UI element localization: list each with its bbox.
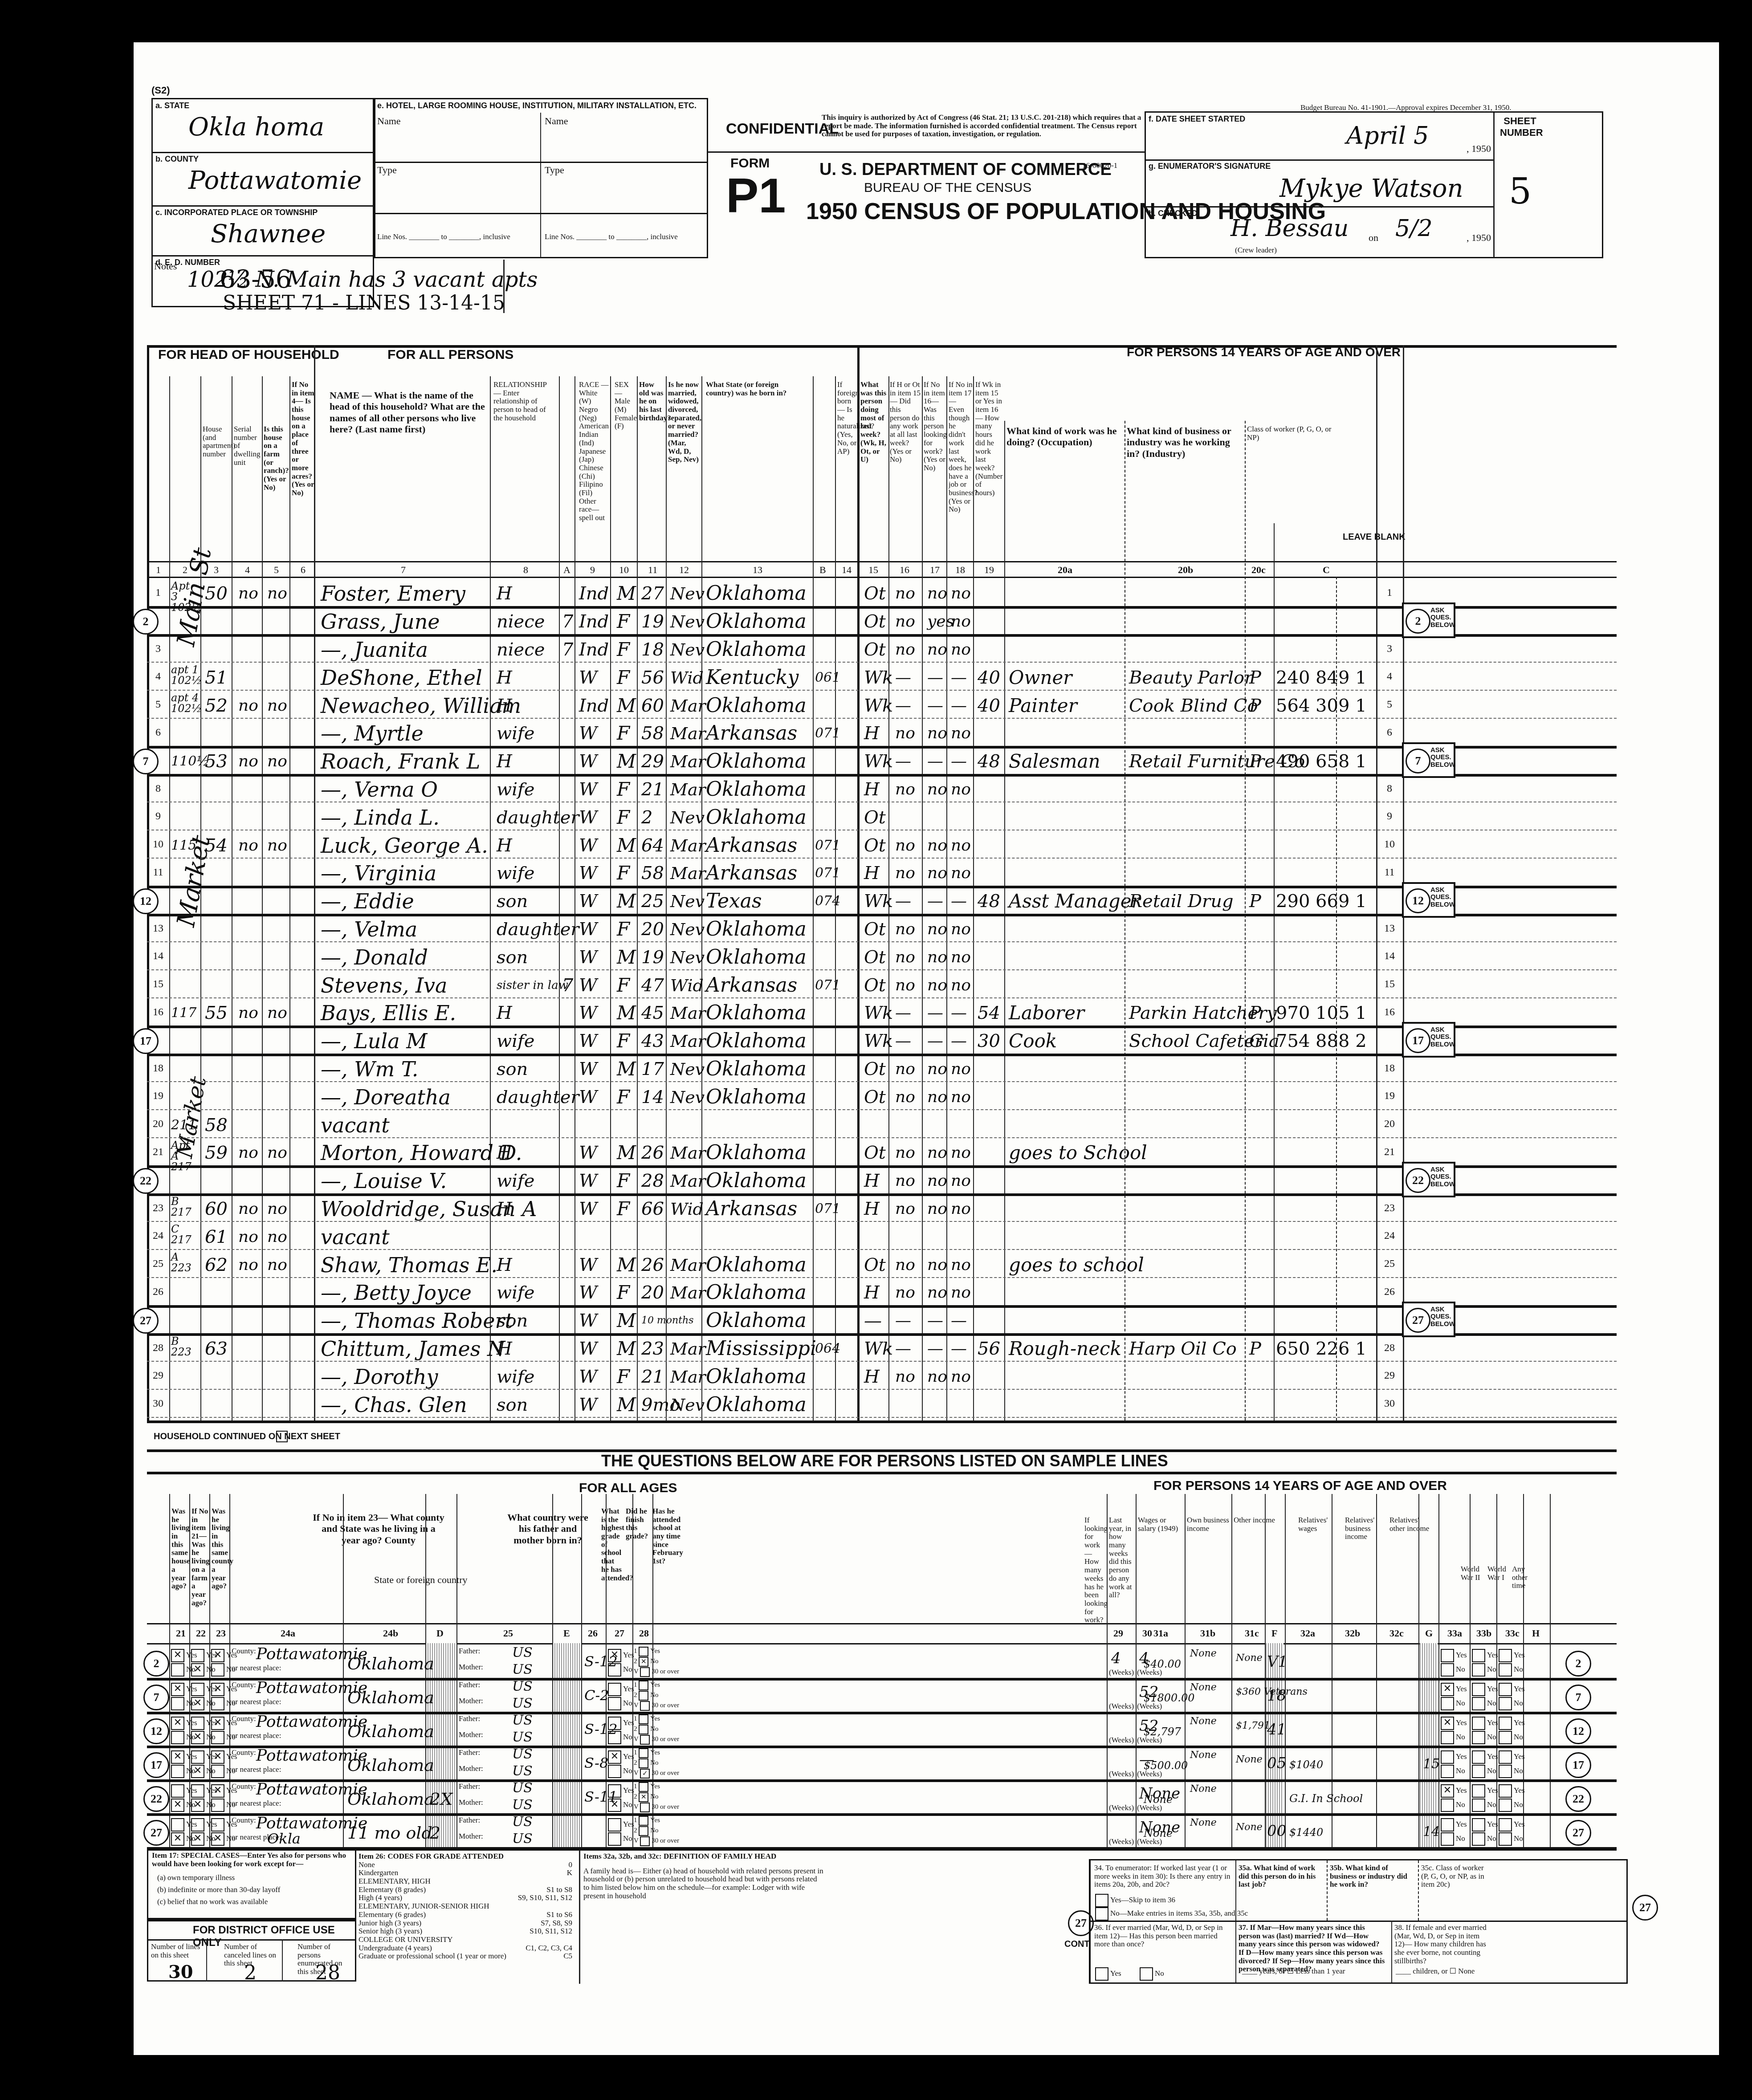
birthplace: Arkansas xyxy=(706,863,797,883)
birthplace: Oklahoma xyxy=(706,948,807,967)
grade-code-row: Senior high (3 years)S10, S11, S12 xyxy=(359,1927,572,1936)
birthplace: Oklahoma xyxy=(706,1003,807,1023)
leave-blank-f: 41 xyxy=(1267,1722,1286,1737)
line-number: 24 xyxy=(147,1230,169,1242)
enumerator-label: g. ENUMERATOR'S SIGNATURE xyxy=(1149,162,1271,171)
acres-answer: no xyxy=(267,1201,287,1217)
ww2-service-checkbox[interactable]: ✕YesNo xyxy=(1441,1716,1467,1744)
other-service-checkbox[interactable]: YesNo xyxy=(1499,1682,1525,1710)
occupation: Laborer xyxy=(1009,1004,1084,1022)
race: W xyxy=(579,1256,597,1274)
lines-on-sheet-value: 30 xyxy=(168,1962,193,1982)
income-other: None xyxy=(1236,1653,1263,1663)
attended-school-checkbox[interactable]: 1 Yes2 NoV 30 or over xyxy=(634,1680,679,1711)
father-label: Father: xyxy=(459,1816,480,1825)
colnum-8: 8 xyxy=(523,564,528,575)
q37-answer[interactable]: ____ years, or ☐ Less than 1 year xyxy=(1242,1967,1345,1976)
house-number: B 217 xyxy=(171,1196,200,1217)
line-number-right: 19 xyxy=(1378,1090,1401,1102)
line-number: 15 xyxy=(147,978,169,990)
has-job: no xyxy=(951,1173,971,1189)
sample-row: 1212✕YesNoYes✕No✕YesNoCounty:or nearest … xyxy=(134,1713,1603,1747)
race: W xyxy=(579,948,597,966)
nearest-place-label: or nearest place: xyxy=(232,1664,281,1673)
looking-for-work: no xyxy=(927,725,947,741)
age: 56 xyxy=(641,669,664,687)
census-row: 101011554nonoLuck, George A.HWM64MarArka… xyxy=(134,830,1603,859)
col-13-header: What State (or foreign country) was he b… xyxy=(706,381,804,397)
col-14-header: If foreign born— Is he naturalized? (Yes… xyxy=(837,381,857,456)
race: W xyxy=(579,1200,597,1218)
ww1-service-checkbox[interactable]: YesNo xyxy=(1472,1783,1498,1812)
colnum-20c: 20c xyxy=(1251,564,1266,575)
activity-last-week: Wk xyxy=(864,1004,893,1022)
person-name: Stevens, Iva xyxy=(321,975,448,996)
sex: F xyxy=(617,612,630,631)
col-8-header: RELATIONSHIP — Enter relationship of per… xyxy=(493,381,556,422)
finished-grade-checkbox[interactable]: YesNo xyxy=(608,1817,634,1846)
activity-last-week: Ot xyxy=(864,809,886,826)
section-head-of-household: FOR HEAD OF HOUSEHOLD xyxy=(158,347,339,362)
ww2-service-checkbox[interactable]: YesNo xyxy=(1441,1817,1467,1846)
census-row: 1515Stevens, Ivasister in law7WF47WidArk… xyxy=(134,970,1603,998)
has-job: no xyxy=(951,1089,971,1105)
relationship: sister in law xyxy=(497,980,568,991)
marital-status: Nev xyxy=(670,921,705,938)
other-service-checkbox[interactable]: YesNo xyxy=(1499,1648,1525,1677)
sample-col-24b-header: State or foreign country xyxy=(374,1574,468,1585)
activity-last-week: H xyxy=(864,1172,880,1190)
checked-by: H. Bessau xyxy=(1230,215,1349,242)
has-job: no xyxy=(951,1257,971,1273)
did-any-work: no xyxy=(895,865,915,881)
looking-for-work: no xyxy=(927,949,947,965)
father-birthplace: US xyxy=(512,1748,533,1761)
sex: F xyxy=(617,1032,630,1050)
activity-last-week: Ot xyxy=(864,977,886,994)
birthplace: Oklahoma xyxy=(706,1395,807,1415)
industry: Beauty Parlor xyxy=(1129,669,1253,687)
occupation-code: 290 669 1 xyxy=(1276,892,1367,910)
colnum-20b: 20b xyxy=(1178,564,1193,575)
q34-yes-option[interactable]: Yes—Skip to item 36 xyxy=(1095,1894,1175,1907)
ww1-service-checkbox[interactable]: YesNo xyxy=(1472,1648,1498,1677)
birthplace: Oklahoma xyxy=(706,920,807,939)
acres-answer: no xyxy=(267,698,287,714)
special-case-b: (b) indefinite or more than 30-day layof… xyxy=(157,1886,280,1894)
crew-leader-label: (Crew leader) xyxy=(1235,246,1277,255)
birthplace: Oklahoma xyxy=(706,612,807,631)
col-10-header: SEX — Male (M) Female (F) xyxy=(615,381,637,431)
race: W xyxy=(579,1060,597,1078)
q35c-text: 35c. Class of worker (P, G, O, or NP, as… xyxy=(1421,1864,1488,1889)
lines-on-sheet-label: Number of lines on this sheet xyxy=(151,1943,204,1959)
census-row: 161611755nonoBays, Ellis E.HWM45MarOklah… xyxy=(134,998,1603,1026)
weeks-label: (Weeks) xyxy=(1109,1669,1134,1677)
ww1-service-checkbox[interactable]: YesNo xyxy=(1472,1817,1498,1846)
marital-status: Mar xyxy=(670,1340,706,1357)
marital-status: Mar xyxy=(670,1144,706,1161)
marital-status: Mar xyxy=(670,781,706,798)
age: 43 xyxy=(641,1032,664,1050)
age: 10 months xyxy=(641,1316,694,1326)
house-number: 110½ xyxy=(171,755,209,768)
section-all-persons: FOR ALL PERSONS xyxy=(387,347,513,362)
county-label: County: xyxy=(232,1749,256,1757)
sample-col-32a-header: Relatives' wages xyxy=(1298,1516,1343,1533)
line-number-right: 18 xyxy=(1378,1062,1401,1074)
age: 20 xyxy=(641,920,664,938)
has-job: no xyxy=(951,865,971,881)
census-row: 2525A 22362nonoShaw, Thomas E.HWM26MarOk… xyxy=(134,1250,1603,1278)
sample-line-number-right: 27 xyxy=(1565,1820,1591,1846)
special-case-c: (c) belief that no work was available xyxy=(157,1898,268,1906)
ww2-service-checkbox[interactable]: YesNo xyxy=(1441,1648,1467,1677)
farm-answer: no xyxy=(238,1229,258,1245)
prior-state: Oklahoma xyxy=(347,1723,434,1740)
activity-last-week: Wk xyxy=(864,892,893,910)
line-number-right: 29 xyxy=(1378,1370,1401,1382)
activity-last-week: — xyxy=(864,1312,882,1330)
hours-worked: 40 xyxy=(978,697,1000,715)
col-15-header: What was this person doing most of last … xyxy=(860,381,887,464)
ww1-service-checkbox[interactable]: YesNo xyxy=(1472,1750,1498,1778)
ww2-service-checkbox[interactable]: ✕YesNo xyxy=(1441,1783,1467,1812)
q36-yes-option[interactable]: Yes xyxy=(1095,1967,1121,1981)
has-job: — xyxy=(951,698,967,714)
finished-grade-checkbox[interactable]: YesNo xyxy=(608,1716,634,1744)
grade-code-row: Graduate or professional school (1 year … xyxy=(359,1952,572,1961)
colnum-14: 14 xyxy=(842,564,852,575)
marital-status: Mar xyxy=(670,1005,706,1022)
sample-column-number: F xyxy=(1271,1628,1277,1639)
sample-column-number: 32a xyxy=(1300,1628,1315,1639)
house-number: 117 xyxy=(171,1006,196,1020)
section-persons-14: FOR PERSONS 14 YEARS OF AGE AND OVER xyxy=(1127,345,1401,359)
sex: M xyxy=(617,836,636,855)
marital-status: Nev xyxy=(670,1396,705,1413)
farm-answer: no xyxy=(238,1201,258,1217)
prior-state: Oklahoma xyxy=(347,1791,434,1807)
mother-birthplace: US xyxy=(512,1697,533,1710)
mother-label: Mother: xyxy=(459,1663,483,1672)
has-job: no xyxy=(951,1145,971,1161)
industry: Cook Blind Co xyxy=(1129,697,1258,715)
grade-codes-box: Item 26: CODES FOR GRADE ATTENDED None0K… xyxy=(359,1852,572,1961)
checked-on-date: 5/2 xyxy=(1395,215,1433,242)
race: W xyxy=(579,1088,597,1106)
census-row: 33—, Juanitaniece7IndF18NevOklahomaOtnon… xyxy=(134,635,1603,663)
relatives-wages: $1040 xyxy=(1289,1759,1323,1770)
finished-grade-checkbox[interactable]: Yes✕No xyxy=(608,1783,634,1812)
line-number-right: 3 xyxy=(1378,643,1401,655)
person-name: Luck, George A. xyxy=(321,835,488,856)
farm-answer: no xyxy=(238,1257,258,1273)
leave-blank-f: V1 xyxy=(1267,1654,1288,1669)
hours-worked: 48 xyxy=(978,892,1000,910)
race: W xyxy=(579,1172,597,1190)
race: W xyxy=(579,920,597,938)
county-label: County: xyxy=(232,1647,256,1656)
sex: F xyxy=(617,976,630,995)
line-number-right: 20 xyxy=(1378,1118,1401,1130)
person-name: —, Chas. Glen xyxy=(321,1395,467,1415)
birthplace: Texas xyxy=(706,891,762,911)
birthplace-code: 071 xyxy=(815,727,840,740)
notes-line-1: 102½ N. Main has 3 vacant apts xyxy=(187,267,538,292)
looking-for-work: no xyxy=(927,977,947,993)
activity-last-week: Ot xyxy=(864,948,886,966)
sex: F xyxy=(617,808,630,827)
mother-birthplace: US xyxy=(512,1663,533,1677)
did-any-work: no xyxy=(895,1089,915,1105)
age: 19 xyxy=(641,948,664,966)
acres-answer: no xyxy=(267,838,287,854)
colnum-a: A xyxy=(563,564,570,575)
class-of-worker: P xyxy=(1249,892,1261,910)
sex: F xyxy=(617,724,630,743)
relationship: wife xyxy=(497,1284,535,1302)
person-name: Newacheo, William xyxy=(321,696,521,716)
line-number-right: 14 xyxy=(1378,950,1401,962)
census-row: 2828B 22363Chittum, James NHWM23MarMissi… xyxy=(134,1334,1603,1362)
other-service-checkbox[interactable]: YesNo xyxy=(1499,1817,1525,1846)
census-row: 1717ASK QUES. BELOW—, Lula MwifeWF43MarO… xyxy=(134,1026,1603,1054)
census-row: 44apt 1 102½51DeShone, EthelHWF56WidKent… xyxy=(134,663,1603,691)
hours-worked: 48 xyxy=(978,753,1000,770)
house-number: 115 xyxy=(171,839,196,852)
other-service-checkbox[interactable]: YesNo xyxy=(1499,1783,1525,1812)
q38-answer[interactable]: ____ children, or ☐ None xyxy=(1396,1967,1475,1976)
race: Ind xyxy=(579,697,609,715)
sample-persons-14: FOR PERSONS 14 YEARS OF AGE AND OVER xyxy=(1153,1478,1447,1494)
serial-number: 58 xyxy=(205,1116,228,1134)
grade-code-row: KindergartenK xyxy=(359,1869,572,1877)
age: 26 xyxy=(641,1144,664,1162)
age: 14 xyxy=(641,1088,664,1106)
attended-school-checkbox[interactable]: 1 Yes2 NoV ✓30 or over xyxy=(634,1748,679,1778)
checked-on-label: on xyxy=(1369,232,1378,243)
q34-no-option[interactable]: No—Make entries in items 35a, 35b, and 3… xyxy=(1095,1907,1248,1921)
looking-for-work: — xyxy=(927,698,943,714)
line-number: 30 xyxy=(147,1398,169,1410)
has-job: no xyxy=(951,614,971,630)
age: 17 xyxy=(641,1060,664,1078)
birthplace: Oklahoma xyxy=(706,752,807,771)
census-row: 99—, Linda L.daughterWF2NevOklahomaOt xyxy=(134,802,1603,830)
line-number: 6 xyxy=(147,727,169,739)
sex: F xyxy=(617,640,630,659)
line-number-right: 21 xyxy=(1378,1146,1401,1158)
census-row: 1414—, DonaldsonWM19NevOklahomaOtnonono xyxy=(134,942,1603,970)
prior-place: Okla xyxy=(267,1831,301,1846)
line-number: 8 xyxy=(147,783,169,795)
occupation: Owner xyxy=(1009,668,1072,687)
line-number-right: 16 xyxy=(1378,1006,1401,1018)
canceled-lines-value: 2 xyxy=(244,1962,257,1984)
relationship: son xyxy=(497,948,528,966)
ww2-service-checkbox[interactable]: ✕YesNo xyxy=(1441,1682,1467,1710)
county-label: County: xyxy=(232,1783,256,1791)
col-11-header: How old was he on his last birthday? xyxy=(639,381,666,422)
sex: F xyxy=(617,1283,630,1302)
line-number: 29 xyxy=(147,1370,169,1382)
relationship: wife xyxy=(497,724,535,742)
age: 21 xyxy=(641,1368,664,1386)
sample-column-number: 23 xyxy=(216,1628,226,1639)
age: 28 xyxy=(641,1172,664,1190)
ask-questions-below-marker: 12ASK QUES. BELOW xyxy=(1402,882,1455,918)
looking-for-work: no xyxy=(927,1257,947,1273)
leave-blank-f: 05 xyxy=(1267,1756,1286,1771)
occupation-code: 564 309 1 xyxy=(1276,697,1367,715)
line-number: 10 xyxy=(147,838,169,851)
birthplace-code: 064 xyxy=(815,1342,840,1355)
q36-no-option[interactable]: No xyxy=(1140,1967,1164,1981)
household-continued-checkbox[interactable] xyxy=(276,1431,288,1442)
leave-blank-a: 7 xyxy=(562,613,573,631)
age: 60 xyxy=(641,697,664,715)
sample-line-number: 17 xyxy=(143,1752,169,1778)
did-any-work: no xyxy=(895,1145,915,1161)
hours-worked: 54 xyxy=(978,1004,1000,1022)
colnum-18: 18 xyxy=(955,564,965,575)
leave-blank-a: 7 xyxy=(562,641,573,659)
attended-school-checkbox[interactable]: 1 Yes2 NoV 30 or over xyxy=(634,1815,679,1846)
leave-blank-f: 18 xyxy=(1267,1688,1286,1703)
income-wages: None xyxy=(1144,1828,1173,1839)
sample-col-29-header: If looking for work— How many weeks has … xyxy=(1084,1516,1107,1624)
census-row: 2727ASK QUES. BELOW—, Thomas RobertsonWM… xyxy=(134,1306,1603,1334)
age: 21 xyxy=(641,781,664,798)
marital-status: Mar xyxy=(670,1257,706,1274)
marital-status: Nev xyxy=(670,641,705,658)
did-any-work: no xyxy=(895,642,915,658)
has-job: no xyxy=(951,642,971,658)
farm-answer: no xyxy=(238,838,258,854)
age: 2 xyxy=(641,809,652,826)
sample-column-number: 29 xyxy=(1113,1628,1123,1639)
census-row: 1313—, VelmadaughterWF20NevOklahomaOtnon… xyxy=(134,915,1603,943)
relationship: son xyxy=(497,1396,528,1414)
state-value: Okla homa xyxy=(188,113,324,142)
occupation-code: 650 226 1 xyxy=(1276,1340,1367,1358)
acres-answer: no xyxy=(267,1005,287,1021)
line-number: 26 xyxy=(147,1286,169,1298)
line-number: 25 xyxy=(147,1258,169,1270)
attended-school-checkbox[interactable]: 1 Yes2 ✕NoV 30 or over xyxy=(634,1782,679,1812)
special-cases-box: Item 17: SPECIAL CASES—Enter Yes also fo… xyxy=(147,1848,356,1919)
nearest-place-label: or nearest place: xyxy=(232,1698,281,1706)
sex: M xyxy=(617,696,636,715)
relationship: H xyxy=(497,1340,512,1358)
finished-grade-checkbox[interactable]: ✕YesNo xyxy=(608,1648,634,1677)
has-job: no xyxy=(951,949,971,965)
person-name: Roach, Frank L xyxy=(321,751,480,772)
nearest-place-label: or nearest place: xyxy=(232,1766,281,1774)
attended-school-checkbox[interactable]: 1 Yes2 ✕NoV 30 or over xyxy=(634,1646,679,1677)
county-label: b. COUNTY xyxy=(155,155,199,164)
ww2-service-checkbox[interactable]: YesNo xyxy=(1441,1750,1467,1778)
ww1-service-checkbox[interactable]: YesNo xyxy=(1472,1682,1498,1710)
sex: F xyxy=(617,1367,630,1386)
marital-status: Mar xyxy=(670,1033,706,1050)
line-number: 28 xyxy=(147,1342,169,1354)
did-any-work: no xyxy=(895,1061,915,1077)
sample-column-number: 31c xyxy=(1245,1628,1259,1639)
mother-label: Mother: xyxy=(459,1832,483,1841)
acres-answer: no xyxy=(267,586,287,602)
class-of-worker: P xyxy=(1249,669,1261,687)
colnum-b: B xyxy=(819,564,826,575)
finished-grade-checkbox[interactable]: ✕YesNo xyxy=(608,1750,634,1778)
occupation-code: 240 849 1 xyxy=(1276,669,1367,687)
sex: F xyxy=(617,1172,630,1190)
activity-last-week: Ot xyxy=(864,1256,886,1274)
farm-answer: no xyxy=(238,753,258,769)
looking-for-work: no xyxy=(927,921,947,937)
sex: F xyxy=(617,1200,630,1218)
leave-blank-g: 15 xyxy=(1423,1758,1440,1771)
birthplace: Mississippi xyxy=(706,1339,816,1359)
marital-status: Mar xyxy=(670,1368,706,1385)
person-name: —, Dorothy xyxy=(321,1367,438,1387)
race: W xyxy=(579,781,597,798)
birthplace: Arkansas xyxy=(706,836,797,855)
has-job: no xyxy=(951,1369,971,1385)
person-name: Grass, June xyxy=(321,611,440,632)
looking-for-work: — xyxy=(927,670,943,686)
col-16-header: If H or Ot in item 15— Did this person d… xyxy=(890,381,921,464)
other-service-checkbox[interactable]: YesNo xyxy=(1499,1716,1525,1744)
sample-column-number: 30 xyxy=(1142,1628,1152,1639)
person-name: —, Wm T. xyxy=(321,1059,418,1079)
has-job: — xyxy=(951,1341,967,1357)
institution-name-label-1: Name xyxy=(377,115,401,126)
line-number-right: 4 xyxy=(1378,671,1401,683)
looking-for-work: no xyxy=(927,1089,947,1105)
finished-grade-checkbox[interactable]: YesNo xyxy=(608,1682,634,1710)
attended-school-checkbox[interactable]: 1 Yes2 NoV 30 or over xyxy=(634,1714,679,1745)
ww1-service-checkbox[interactable]: YesNo xyxy=(1472,1716,1498,1744)
looking-for-work: no xyxy=(927,1369,947,1385)
sample-column-number: 28 xyxy=(639,1628,649,1639)
class-of-worker: G xyxy=(1249,1032,1263,1050)
relationship: H xyxy=(497,1256,512,1274)
colnum-13: 13 xyxy=(753,564,762,575)
census-row: 3030—, Chas. GlensonWM9moNevOklahoma xyxy=(134,1390,1603,1418)
income-business: None xyxy=(1190,1784,1217,1794)
person-name: Shaw, Thomas E. xyxy=(321,1255,497,1275)
leave-blank-f: 00 xyxy=(1267,1823,1286,1839)
q35a-text: 35a. What kind of work did this person d… xyxy=(1239,1864,1323,1889)
relationship: wife xyxy=(497,1032,535,1050)
birthplace-code: 071 xyxy=(815,867,840,880)
birthplace: Arkansas xyxy=(706,724,797,743)
sample-col-27-header: Did he finish this grade? xyxy=(626,1507,648,1541)
sample-row: 1717✕YesNoYes✕No✕YesNoCounty:or nearest … xyxy=(134,1747,1603,1781)
other-service-checkbox[interactable]: YesNo xyxy=(1499,1750,1525,1778)
did-any-work: — xyxy=(895,1033,911,1049)
census-row: 2222ASK QUES. BELOW—, Louise V.wifeWF28M… xyxy=(134,1166,1603,1194)
special-case-a: (a) own temporary illness xyxy=(157,1874,235,1882)
age: 58 xyxy=(641,864,664,882)
income-wages: None xyxy=(1144,1794,1173,1805)
did-any-work: — xyxy=(895,1313,911,1329)
father-birthplace: US xyxy=(512,1714,533,1727)
colnum-9: 9 xyxy=(590,564,595,575)
weeks-label: (Weeks) xyxy=(1109,1804,1134,1812)
